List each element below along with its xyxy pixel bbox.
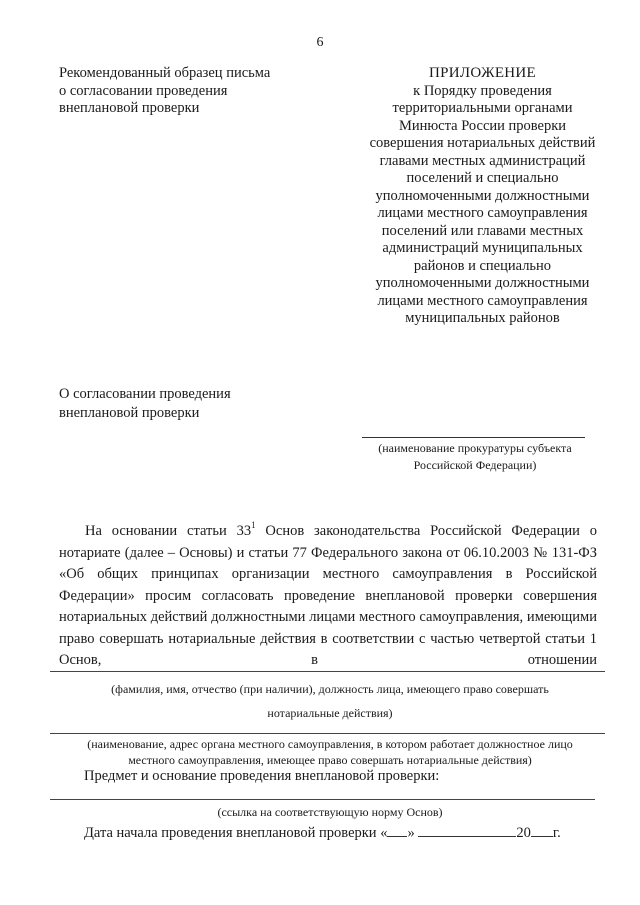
- appendix-line: лицами местного самоуправления: [350, 205, 615, 223]
- body-text: Основ законодательства Российской Федера…: [59, 523, 597, 668]
- appendix-line: уполномоченными должностными: [350, 275, 615, 293]
- person-field-line[interactable]: [50, 671, 605, 672]
- appendix-line: совершения нотариальных действий: [350, 135, 615, 153]
- organ-field-line[interactable]: [50, 733, 605, 734]
- appendix-line: Минюста России проверки: [350, 118, 615, 136]
- appendix-line: администраций муниципальных: [350, 240, 615, 258]
- appendix-line: уполномоченными должностными: [350, 188, 615, 206]
- appendix-title: ПРИЛОЖЕНИЕ: [350, 65, 615, 83]
- appendix-line: к Порядку проведения: [350, 83, 615, 101]
- caption-line: нотариальные действия): [40, 701, 620, 725]
- letter-body: На основании статьи 331 Основ законодате…: [59, 521, 597, 672]
- appendix-header: ПРИЛОЖЕНИЕ к Порядку проведения территор…: [350, 65, 615, 328]
- subject-line: внеплановой проверки: [59, 404, 231, 423]
- caption-line: (наименование прокуратуры субъекта: [350, 440, 600, 457]
- page-number: 6: [0, 35, 640, 51]
- appendix-line: поселений или главами местных: [350, 223, 615, 241]
- subject-basis-label: Предмет и основание проведения внепланов…: [84, 768, 439, 785]
- year-suffix: г.: [553, 825, 561, 841]
- left-header-line: о согласовании проведения: [59, 83, 270, 101]
- caption-line: местного самоуправления, имеющее право с…: [40, 752, 620, 768]
- person-caption: (фамилия, имя, отчество (при наличии), д…: [40, 677, 620, 725]
- caption-line: (наименование, адрес органа местного сам…: [40, 736, 620, 752]
- appendix-line: муниципальных районов: [350, 310, 615, 328]
- letter-subject: О согласовании проведения внеплановой пр…: [59, 385, 231, 423]
- appendix-line: главами местных администраций: [350, 153, 615, 171]
- appendix-line: лицами местного самоуправления: [350, 293, 615, 311]
- body-prefix: На основании статьи 33: [85, 523, 251, 539]
- addressee-field-line[interactable]: [362, 437, 585, 438]
- month-field[interactable]: [418, 824, 516, 837]
- caption-line: Российской Федерации): [350, 457, 600, 474]
- year-prefix: 20: [516, 825, 531, 841]
- close-quote: »: [407, 825, 414, 841]
- year-field[interactable]: [531, 824, 553, 837]
- start-date-row: Дата начала проведения внеплановой прове…: [84, 824, 561, 842]
- norm-caption: (ссылка на соответствующую норму Основ): [40, 805, 620, 820]
- caption-line: (фамилия, имя, отчество (при наличии), д…: [40, 677, 620, 701]
- appendix-line: территориальными органами: [350, 100, 615, 118]
- start-date-label: Дата начала проведения внеплановой прове…: [84, 825, 387, 841]
- appendix-line: поселений и специально: [350, 170, 615, 188]
- addressee-caption: (наименование прокуратуры субъекта Росси…: [350, 440, 600, 474]
- sample-letter-header: Рекомендованный образец письма о согласо…: [59, 65, 270, 118]
- left-header-line: Рекомендованный образец письма: [59, 65, 270, 83]
- norm-field-line[interactable]: [50, 799, 595, 800]
- left-header-line: внеплановой проверки: [59, 100, 270, 118]
- subject-line: О согласовании проведения: [59, 385, 231, 404]
- appendix-line: районов и специально: [350, 258, 615, 276]
- day-field[interactable]: [387, 824, 407, 837]
- organ-caption: (наименование, адрес органа местного сам…: [40, 736, 620, 768]
